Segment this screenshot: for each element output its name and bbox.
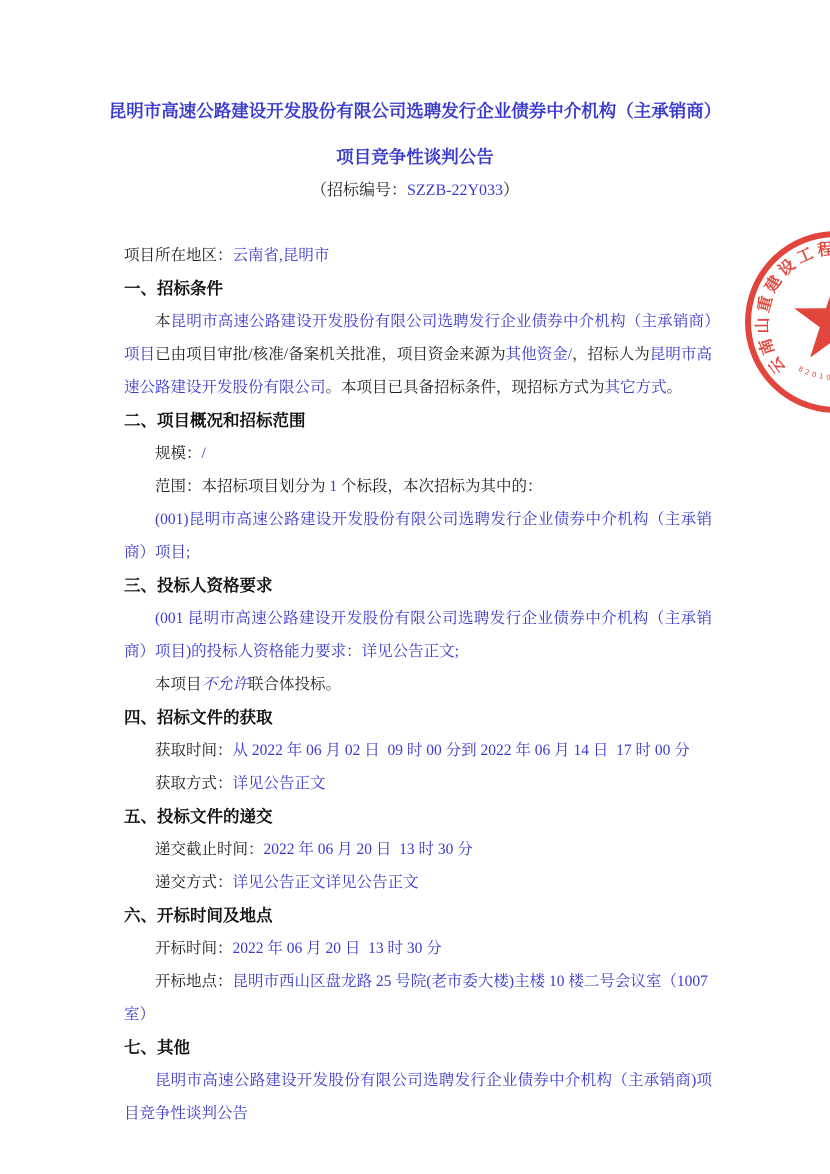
section-heading-4: 四、招标文件的获取	[124, 701, 712, 734]
page-title-line1: 昆明市高速公路建设开发股份有限公司选聘发行企业债券中介机构（主承销商）	[85, 88, 745, 134]
qualification-requirements: (001 昆明市高速公路建设开发股份有限公司选聘发行企业债券中介机构（主承销商）…	[124, 602, 712, 668]
opening-time-label: 开标时间：	[155, 940, 233, 957]
opening-time-value: 2022 年 06 月 20 日 13 时 30 分	[233, 940, 442, 957]
tender-reference: （招标编号：SZZB-22Y033）	[85, 176, 745, 206]
document-page: 昆明市高速公路建设开发股份有限公司选聘发行企业债券中介机构（主承销商） 项目竞争…	[0, 0, 830, 1174]
scale-value: /	[202, 445, 206, 462]
scope-label: 范围：本招标项目划分为	[155, 478, 329, 495]
text-segment: 本	[155, 313, 171, 330]
project-location-value: 云南省,昆明市	[233, 247, 330, 264]
opening-place-row: 开标地点：昆明市西山区盘龙路 25 号院(老市委大楼)主楼 10 楼二号会议室（…	[124, 965, 712, 1031]
tender-method-value: 其它方式	[605, 379, 667, 396]
joint-bid-prefix: 本项目	[155, 676, 202, 693]
joint-bid-suffix: 联合体投标。	[248, 676, 341, 693]
text-segment: 。	[667, 379, 683, 396]
project-location-label: 项目所在地区：	[124, 247, 233, 264]
lot-count-value: 1	[329, 478, 337, 495]
joint-bid-not-allowed: 不允许	[202, 676, 249, 693]
text-segment: 已由项目审批/核准/备案机关批准，项目资金来源为	[155, 346, 506, 363]
section-heading-7: 七、其他	[124, 1031, 712, 1064]
obtain-time-row: 获取时间：从 2022 年 06 月 02 日 09 时 00 分到 2022 …	[124, 734, 712, 767]
star-icon	[794, 278, 830, 358]
text-segment: ，招标人为	[572, 346, 650, 363]
submit-deadline-row: 递交截止时间：2022 年 06 月 20 日 13 时 30 分	[124, 833, 712, 866]
obtain-time-label: 获取时间：	[155, 742, 233, 759]
section-heading-2: 二、项目概况和招标范围	[124, 404, 712, 437]
submit-method-value: 详见公告正文详见公告正文	[233, 874, 419, 891]
seal-ring-text: 云南山重建设工程	[753, 238, 830, 377]
other-announcement-text: 昆明市高速公路建设开发股份有限公司选聘发行企业债券中介机构（主承销商)项目竞争性…	[124, 1064, 712, 1130]
lot-description: (001)昆明市高速公路建设开发股份有限公司选聘发行企业债券中介机构（主承销商）…	[124, 503, 712, 569]
svg-text:云南山重建设工程: 云南山重建设工程	[753, 238, 830, 377]
document-body: 项目所在地区：云南省,昆明市 一、招标条件 本昆明市高速公路建设开发股份有限公司…	[124, 239, 712, 1130]
title-block: 昆明市高速公路建设开发股份有限公司选聘发行企业债券中介机构（主承销商） 项目竞争…	[85, 88, 745, 206]
funding-source-value: 其他资金/	[506, 346, 572, 363]
obtain-method-value: 详见公告正文	[233, 775, 326, 792]
section-heading-6: 六、开标时间及地点	[124, 899, 712, 932]
joint-bid-row: 本项目不允许联合体投标。	[124, 668, 712, 701]
project-location-row: 项目所在地区：云南省,昆明市	[124, 239, 712, 272]
submit-method-label: 递交方式：	[155, 874, 233, 891]
obtain-method-label: 获取方式：	[155, 775, 233, 792]
tender-ref-code: SZZB-22Y033	[407, 182, 503, 199]
opening-place-label: 开标地点：	[155, 973, 233, 990]
tender-ref-prefix: （招标编号：	[311, 182, 407, 199]
obtain-method-row: 获取方式：详见公告正文	[124, 767, 712, 800]
text-segment: 。本项目已具备招标条件，现招标方式为	[326, 379, 605, 396]
tender-conditions-paragraph: 本昆明市高速公路建设开发股份有限公司选聘发行企业债券中介机构（主承销商）项目已由…	[124, 305, 712, 404]
scale-label: 规模：	[155, 445, 202, 462]
svg-text:8201000: 8201000	[797, 365, 830, 382]
section-heading-5: 五、投标文件的递交	[124, 800, 712, 833]
seal-serial-number: 8201000	[797, 365, 830, 382]
scale-row: 规模：/	[124, 437, 712, 470]
scope-rest: 个标段，本次招标为其中的：	[337, 478, 542, 495]
submit-method-row: 递交方式：详见公告正文详见公告正文	[124, 866, 712, 899]
company-seal-stamp: 云南山重建设工程 8201000	[736, 222, 830, 422]
tender-ref-suffix: ）	[503, 182, 519, 199]
page-title-line2: 项目竞争性谈判公告	[85, 134, 745, 180]
opening-time-row: 开标时间：2022 年 06 月 20 日 13 时 30 分	[124, 932, 712, 965]
submit-deadline-value: 2022 年 06 月 20 日 13 时 30 分	[264, 841, 473, 858]
scope-row: 范围：本招标项目划分为 1 个标段，本次招标为其中的：	[124, 470, 712, 503]
obtain-time-value: 从 2022 年 06 月 02 日 09 时 00 分到 2022 年 06 …	[233, 742, 690, 759]
section-heading-1: 一、招标条件	[124, 272, 712, 305]
submit-deadline-label: 递交截止时间：	[155, 841, 264, 858]
section-heading-3: 三、投标人资格要求	[124, 569, 712, 602]
